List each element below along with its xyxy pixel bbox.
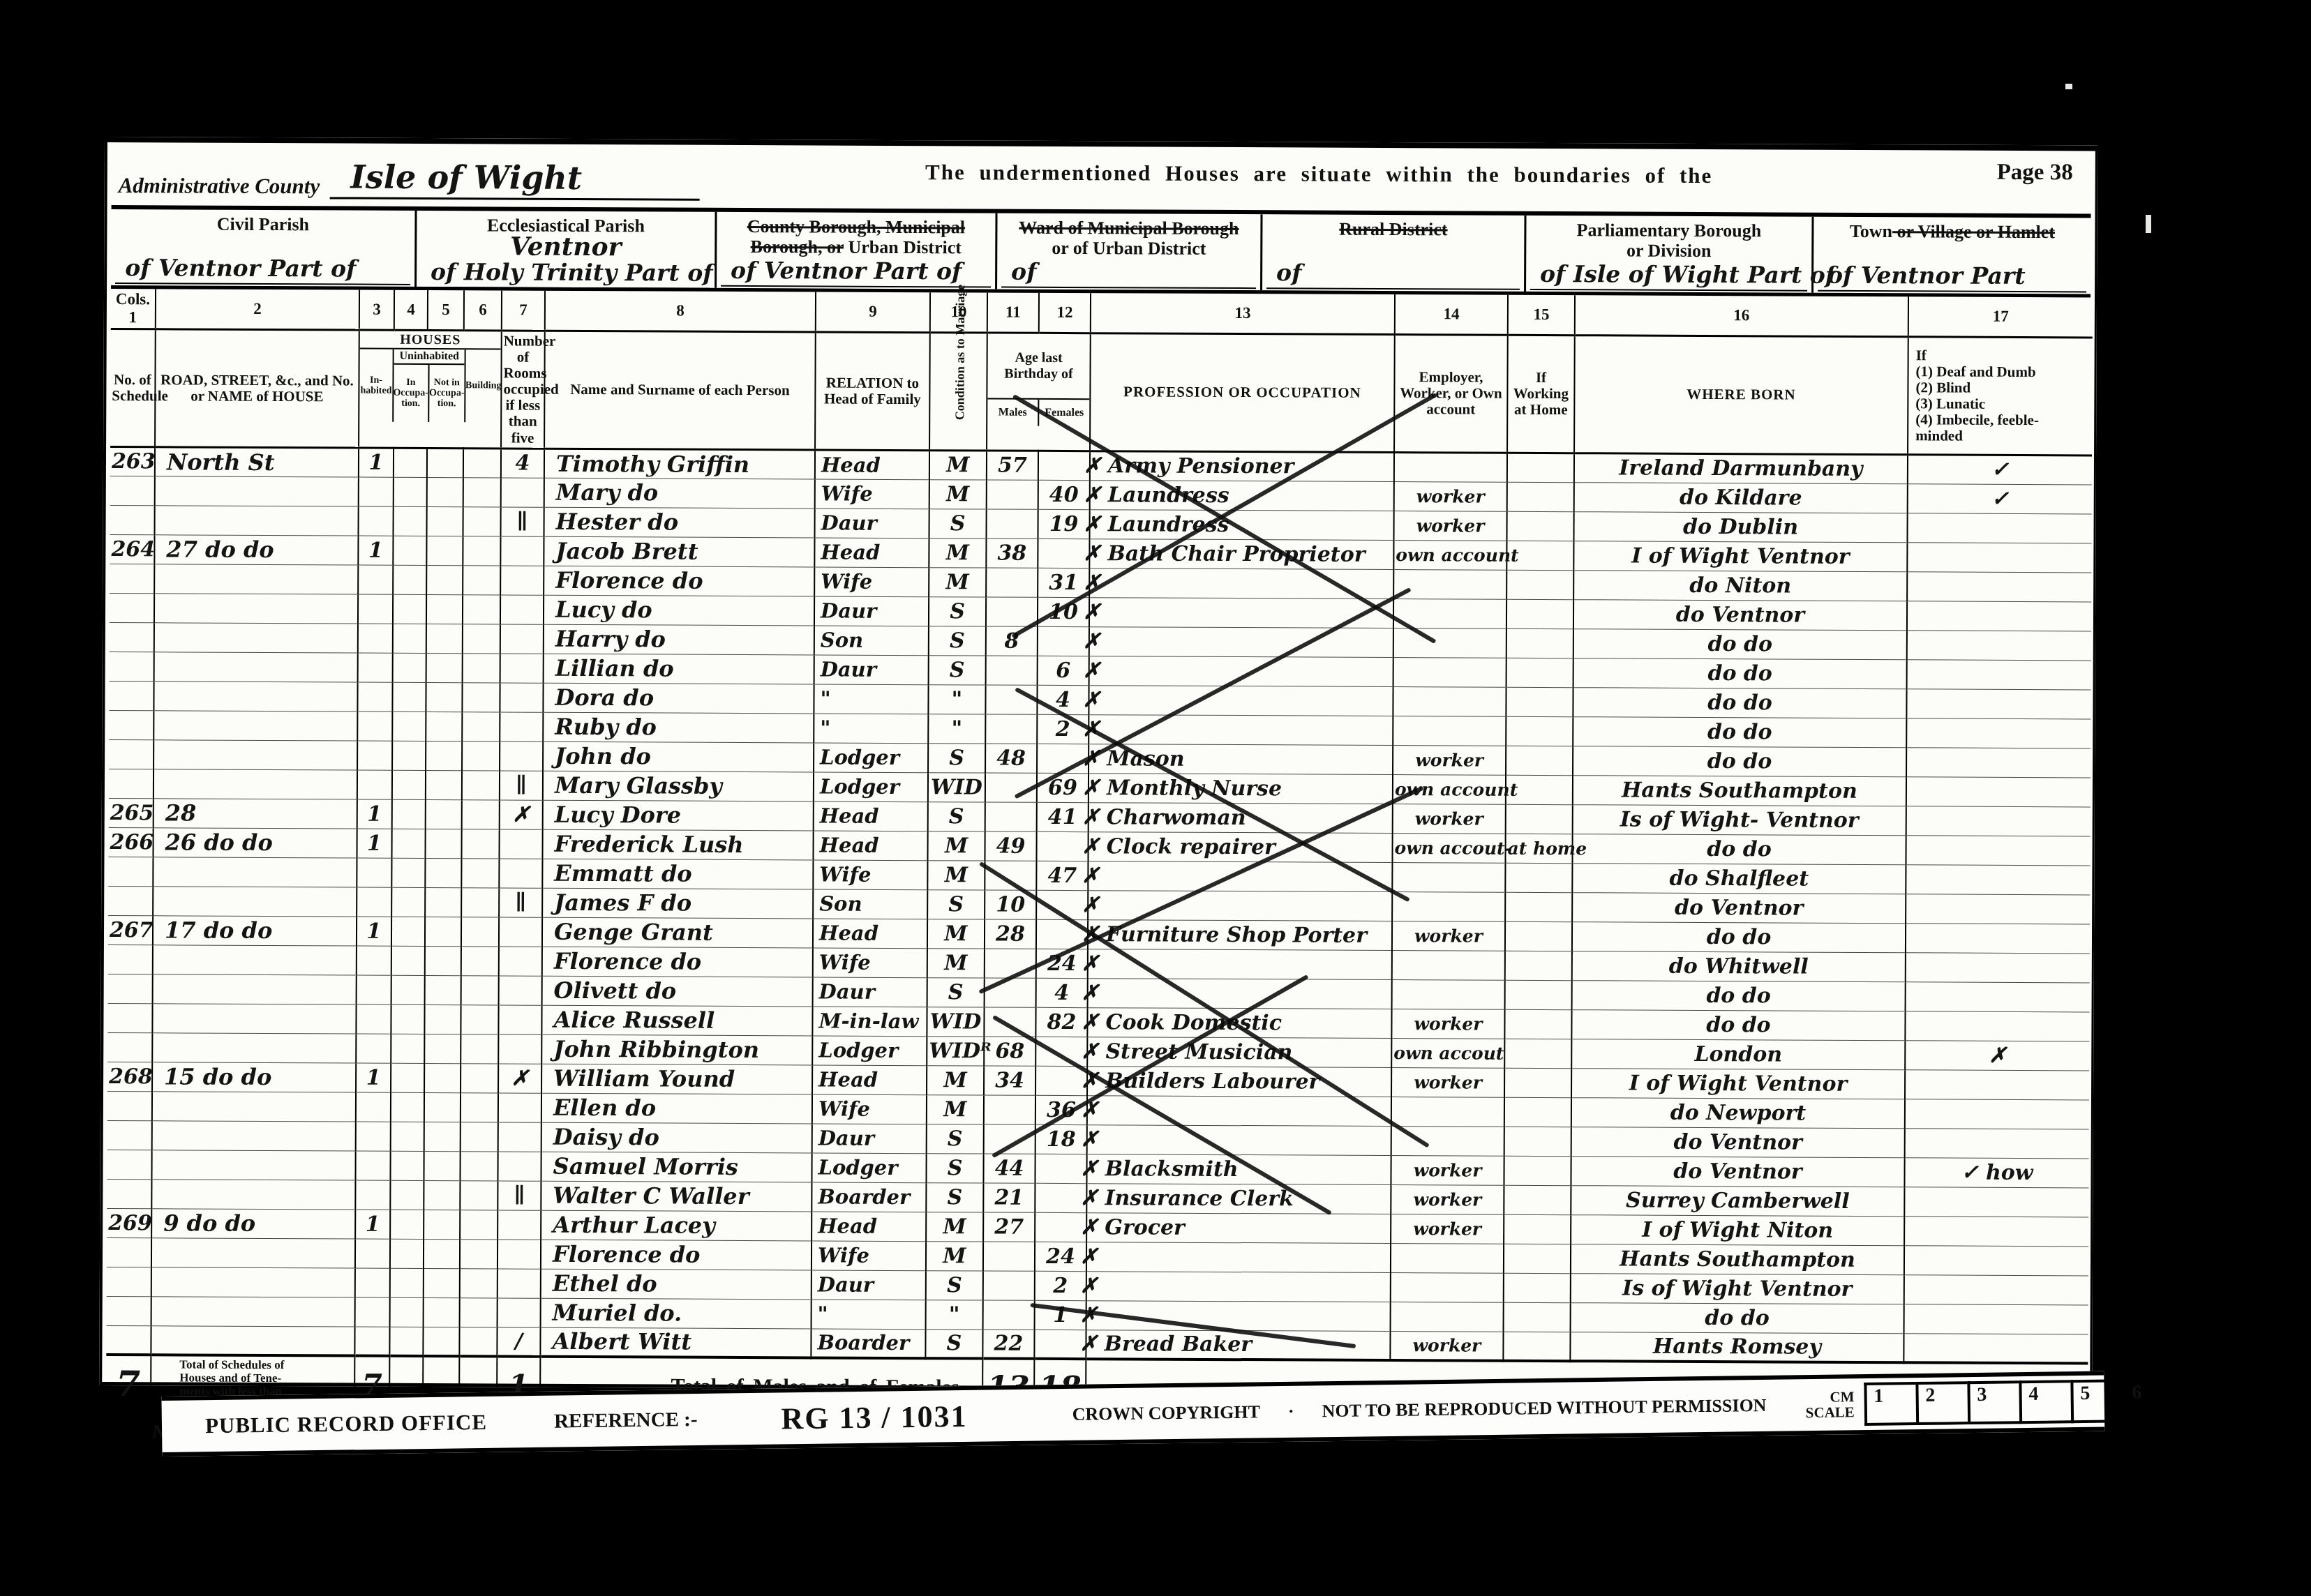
cell-born: do Newport [1571,1097,1905,1128]
cell-home [1504,1185,1571,1214]
cell-addr [152,1091,356,1121]
cell-occ: ✗ [1088,861,1392,891]
cell-cond: S [928,743,985,772]
cell-bldg [462,741,500,770]
cell-emp: worker [1391,1184,1504,1214]
district-title: Town or Village or Hamlet [1850,221,2055,242]
cell-m [984,1095,1035,1124]
cell-m [983,1242,1035,1271]
occupation-text: Army Pensioner [1108,453,1294,479]
cell-m [985,861,1036,890]
cross-mark: ✗ [1082,717,1100,741]
cell-sched [107,1267,151,1296]
cell-name: William Yound [541,1064,812,1094]
cell-rel: Head [812,1212,926,1242]
cell-infirm [1906,835,2090,865]
cell-infirm [1905,1099,2089,1129]
cell-occ: ✗ [1087,1124,1391,1155]
cell-name: Hester do [544,507,815,538]
cell-rooms [500,566,544,595]
column-headers-row: No. of Schedule ROAD, STREET, &c., and N… [110,329,2093,456]
cell-uo [389,1327,423,1356]
cell-born: do Ventnor [1572,892,1906,923]
cell-occ: ✗ [1086,1300,1391,1331]
cell-bldg [463,448,501,477]
cell-cond: " [928,714,985,743]
cross-mark: ✗ [1080,1303,1098,1327]
col-number-4: 4 [394,290,428,331]
cell-uo [393,565,426,594]
cell-m: 48 [985,744,1037,773]
cross-mark: ✗ [1082,776,1100,800]
district-title: Parliamentary Boroughor Division [1576,220,1761,261]
cross-mark: ✗ [1083,629,1100,654]
cell-cond: WIDᴿ [927,1036,984,1065]
cell-inh [356,1034,391,1063]
district-town-village: Town or Village or Hamletof Ventnor Part [1813,217,2091,294]
cross-mark: ✗ [1083,571,1100,595]
cell-uno [424,1297,460,1327]
cell-cond: WID [927,1007,984,1036]
cell-born: Is of Wight Ventnor [1571,1273,1904,1304]
cell-f: 41 [1037,802,1089,831]
cell-emp [1392,979,1505,1009]
cell-name: Samuel Morris [541,1152,812,1182]
cell-uno [426,653,463,682]
cell-born: Hants Romsey [1570,1332,1904,1362]
cell-bldg [463,653,500,682]
cell-uo [392,770,426,799]
cell-uo [391,1122,424,1151]
cell-emp [1393,716,1506,746]
header-profession: PROFESSION OR OCCUPATION [1090,333,1395,453]
reference-label: REFERENCE :- [554,1408,698,1433]
cell-infirm [1905,1128,2089,1158]
cell-addr [154,769,357,799]
cell-f: 36 [1035,1095,1087,1124]
cell-rooms: ∥ [501,507,544,536]
cell-infirm [1906,894,2090,924]
cell-inh [359,477,394,506]
cell-rooms: ∥ [499,888,542,917]
cell-inh [357,741,392,770]
cell-born: do Ventnor [1571,1156,1904,1187]
cell-addr [153,974,357,1004]
district-ecclesiastical-parish: Ecclesiastical ParishVentnorof Holy Trin… [417,211,717,288]
cell-sched [108,857,153,886]
cell-bldg [463,477,501,506]
cell-occ: ✗Mason [1089,744,1393,774]
cell-cond: M [927,948,985,977]
cell-inh [357,858,391,887]
cell-infirm [1906,981,2090,1011]
cell-rel: Son [813,889,927,919]
header-houses: HOUSES In-habited Uninhabited In Occupa-… [359,330,502,449]
cell-emp: worker [1393,804,1506,834]
cell-addr [151,1179,355,1209]
cell-inh [358,594,393,624]
cell-name: Genge Grant [542,917,813,948]
cell-m [986,568,1038,597]
cell-occ: ✗ [1086,1271,1391,1302]
cell-uo [394,506,427,536]
cell-m [987,509,1038,539]
cell-born: do do [1572,980,1906,1011]
district-county-borough: County Borough, MunicipalBorough, or Urb… [717,212,997,289]
occupation-text: Builders Labourer [1105,1069,1319,1094]
cell-rooms [499,859,542,888]
district-title: Ward of Municipal Boroughor of Urban Dis… [1019,218,1239,259]
cross-mark: ✗ [1082,834,1099,859]
cell-cond: S [927,1124,984,1153]
cell-rooms [498,1034,541,1064]
cell-infirm [1907,542,2091,572]
cell-rel: Lodger [812,1153,926,1183]
cell-rooms [500,741,543,771]
cell-home [1505,921,1572,951]
cell-f: 6 [1038,656,1089,685]
cell-uno [426,594,463,624]
cross-mark: ✗ [1081,1098,1098,1122]
cell-f [1035,1066,1087,1095]
cell-cond: S [928,801,985,831]
cell-rel: " [812,1300,926,1330]
cell-home [1505,980,1572,1009]
cell-bldg [463,624,500,653]
occupation-text: Blacksmith [1105,1157,1239,1182]
cell-sched [110,564,154,593]
cell-cond: M [927,860,985,889]
cell-f [1036,890,1088,919]
cell-inh [357,682,392,712]
census-rows: 263North St14Timothy GriffinHeadM57✗Army… [106,446,2092,1363]
cell-f: 69 [1037,773,1089,802]
cell-addr [155,505,359,535]
cell-bldg [462,770,500,799]
cell-uo [391,946,425,975]
cell-home [1506,687,1573,716]
cell-occ: ✗ [1089,568,1393,598]
cell-infirm [1904,1245,2088,1275]
cell-bldg [460,1210,498,1239]
cell-emp [1393,628,1506,658]
cell-infirm [1906,718,2091,748]
cell-occ: ✗Clock repairer [1088,831,1392,862]
col-number-15: 15 [1508,295,1575,336]
cell-rel: Son [814,626,929,656]
occupation-text: Insurance Clerk [1105,1186,1294,1211]
cell-rooms [499,947,542,976]
cell-occ: ✗Blacksmith [1086,1154,1391,1184]
cell-occ: ✗ [1088,978,1392,1009]
cell-born: do Kildare [1574,482,1908,513]
cell-infirm [1904,1333,2088,1363]
cell-name: Alice Russell [541,1005,812,1036]
cell-inh [356,1122,391,1151]
col-number-5: 5 [428,290,464,331]
cell-uno [424,1063,461,1092]
header-age-label: Age last Birthday of [987,334,1089,399]
district-mid-value: Ventnor [510,236,622,259]
cross-mark: ✗ [1082,951,1099,976]
header-condition: Condition as to Marriage [929,333,987,451]
cell-cond: M [929,538,986,567]
cell-sched [109,739,154,769]
cell-uo [391,1092,424,1122]
cell-occ: ✗ [1089,685,1393,716]
occupation-text: Bread Baker [1105,1332,1252,1357]
cell-addr [153,886,357,916]
permission-label: NOT TO BE REPRODUCED WITHOUT PERMISSION [1322,1395,1766,1422]
cross-mark: ✗ [1084,483,1101,507]
occupation-text: Laundress [1108,512,1229,537]
cell-cond: M [927,919,985,948]
cell-occ: ✗ [1086,1242,1391,1272]
cell-emp: worker [1393,745,1506,775]
cell-name: Arthur Lacey [541,1210,812,1241]
cell-f: 1 [1035,1300,1086,1330]
cell-inh [357,975,391,1004]
cell-sched: 264 [110,534,154,564]
header-rooms: Number of Rooms occupied if less than fi… [501,331,545,449]
header-building: Building [465,349,501,422]
cell-bldg [460,1151,498,1180]
cell-uno [424,1151,460,1180]
cell-uo [390,1180,424,1210]
cell-occ: ✗Grocer [1086,1212,1391,1243]
cell-addr [155,476,359,506]
cell-bldg [461,1063,498,1092]
cell-name: Daisy do [541,1122,812,1153]
totals-schedules: 7 [106,1355,151,1413]
cell-addr: 28 [154,798,357,828]
cell-home [1504,1127,1571,1156]
cell-emp [1394,452,1507,482]
cell-m: 8 [986,626,1038,656]
cell-bldg [461,1122,498,1151]
header-inhabited: In-habited [359,349,394,422]
occupation-text: Monthly Nurse [1107,776,1282,801]
cell-emp [1392,891,1505,921]
cell-bldg [462,799,500,829]
cell-uo [393,653,426,682]
cell-inh [355,1239,390,1268]
cell-born: do do [1573,687,1906,718]
cell-born: do do [1573,658,1907,688]
cell-rel: Wife [815,479,929,509]
cell-m: 38 [986,539,1038,568]
cell-rel: Daur [815,509,929,539]
ruler-cell: 5 [2070,1379,2123,1423]
cell-occ: ✗Laundress [1090,480,1394,511]
district-title: Rural District [1339,219,1447,240]
cell-occ: ✗Bread Baker [1086,1330,1390,1360]
header-infirmities: If (1) Deaf and Dumb (2) Blind (3) Lunat… [1908,337,2093,456]
header-not-in-occupation: Not in Occupa- tion. [429,365,465,423]
cell-infirm [1904,1216,2088,1246]
cell-bldg [462,682,500,712]
cell-rooms [498,1093,541,1122]
cell-f [1038,626,1089,656]
col-number-2: 2 [156,289,359,330]
district-title: Civil Parish [217,214,309,235]
reference-number: RG 13 / 1031 [781,1398,968,1436]
district-value: of Holy Trinity Part of [421,257,710,289]
situate-heading: The undermentioned Houses are situate wi… [726,159,1913,213]
cell-f [1035,1154,1086,1183]
cell-cond: S [929,509,987,538]
cell-infirm: ✓ [1908,483,2092,513]
cell-sched [109,681,154,710]
cell-home [1506,746,1573,775]
cell-addr [151,1150,355,1180]
cell-uo [393,536,426,565]
cross-mark: ✗ [1080,1244,1098,1269]
cell-bldg [463,536,500,565]
cell-m: 57 [987,451,1038,480]
col-number-8: 8 [545,291,816,332]
admin-county-box: Administrative County Isle of Wight [112,153,726,208]
cell-rooms: ∥ [498,1181,541,1210]
cell-name: Mary do [544,478,815,509]
occupation-text: Furniture Shop Porter [1106,922,1367,948]
cell-f: 2 [1037,714,1089,744]
cell-name: Florence do [542,947,813,977]
scan-background: { "header": { "page_no": "Page 38", "adm… [0,0,2311,1596]
cell-m [985,802,1037,831]
cell-home [1503,1332,1570,1361]
cell-home [1506,716,1573,746]
cell-rel: Lodger [814,743,928,773]
cell-bldg [461,946,499,975]
cell-cond: M [927,1094,984,1124]
cell-bldg [461,858,499,887]
cell-sched [106,1325,151,1355]
cell-m [986,656,1038,685]
cell-inh: 1 [357,829,391,858]
cross-mark: ✗ [1083,541,1100,566]
cm-scale-label: CM SCALE [1805,1389,1855,1420]
cell-rel: Daur [812,1124,927,1154]
occupation-text: Clock repairer [1107,834,1276,859]
cell-born: do Ventnor [1571,1127,1905,1157]
cell-occ: ✗ [1087,1095,1391,1126]
cell-uno [427,506,463,536]
cell-infirm [1907,630,2091,660]
cell-uno [424,1210,460,1239]
cell-home [1506,599,1573,628]
occupation-text: Cook Domestic [1106,1010,1282,1035]
cell-infirm [1905,1069,2089,1099]
cell-name: Lillian do [544,654,814,684]
cell-uno [425,975,461,1004]
cell-sched: 269 [107,1208,151,1237]
cell-inh [357,946,391,975]
cell-home [1504,1156,1571,1185]
cell-inh [357,887,391,917]
cell-inh: 1 [356,1063,391,1092]
cell-name: John Ribbington [541,1034,812,1065]
cell-name: Lucy do [544,595,814,626]
cell-rel: Daur [814,655,929,685]
cell-uo [392,741,426,770]
cell-sched [107,1237,151,1267]
cell-rel: " [814,684,928,714]
cell-rooms [500,595,544,624]
cell-name: Dora do [543,683,814,714]
cell-inh [355,1151,390,1180]
cell-rel: Head [815,450,929,480]
cell-occ: ✗Laundress [1089,509,1393,540]
cell-m [986,597,1038,626]
cell-uno [426,741,462,770]
cell-born: do do [1572,921,1906,952]
col-number-11: 11 [987,293,1039,333]
cell-inh [356,1004,391,1034]
cell-rel: Wife [812,1094,927,1124]
cell-uno [426,712,462,741]
cell-m [985,773,1037,802]
district-value: of [1266,259,1520,290]
cell-rel: Head [813,831,927,861]
cross-mark: ✗ [1082,864,1099,888]
header-in-occupation: In Occupa- tion. [394,364,429,422]
cell-sched [108,974,153,1003]
ruler-cell: 6 [2122,1378,2174,1422]
cell-occ: ✗Cook Domestic [1087,1007,1391,1038]
cell-rel: Head [814,538,929,568]
cell-addr: 27 do do [154,534,358,564]
cell-sched [107,1179,151,1208]
cell-cond: M [926,1212,983,1241]
cell-cond: " [926,1300,983,1329]
cell-sched [109,710,154,739]
ruler-cell: 1 [1864,1382,1916,1426]
cell-m [985,978,1036,1007]
cell-sched [108,886,153,915]
cell-inh: 1 [357,799,392,829]
cell-born: do Niton [1573,570,1907,601]
cell-rel: Daur [814,596,929,626]
cell-m [985,685,1037,714]
cell-home [1504,1009,1571,1039]
cell-home [1505,892,1572,921]
cell-home [1505,863,1572,892]
cell-occ: ✗ [1089,597,1393,628]
cross-mark: ✗ [1084,453,1101,478]
cell-m: 28 [985,919,1036,949]
admin-county-label: Administrative County [119,173,320,199]
cell-sched [107,1003,152,1032]
cell-born: Hants Southampton [1573,775,1906,806]
col-number-17: 17 [1908,296,2093,338]
cell-uno [425,858,461,887]
cell-occ: ✗ [1088,890,1392,921]
cross-mark: ✗ [1084,512,1101,536]
cell-born: do do [1572,834,1906,864]
cell-bldg [462,712,500,741]
cell-bldg [461,975,499,1004]
cell-emp: worker [1390,1331,1503,1361]
cell-inh [357,770,392,799]
cell-name: Jacob Brett [544,536,814,567]
cell-emp: worker [1392,921,1505,951]
cell-infirm [1907,513,2091,543]
cell-home [1504,1244,1571,1273]
cell-occ: ✗Charwoman [1089,802,1393,833]
cell-name: Albert Witt [540,1327,811,1358]
cell-f: 24 [1036,949,1088,978]
